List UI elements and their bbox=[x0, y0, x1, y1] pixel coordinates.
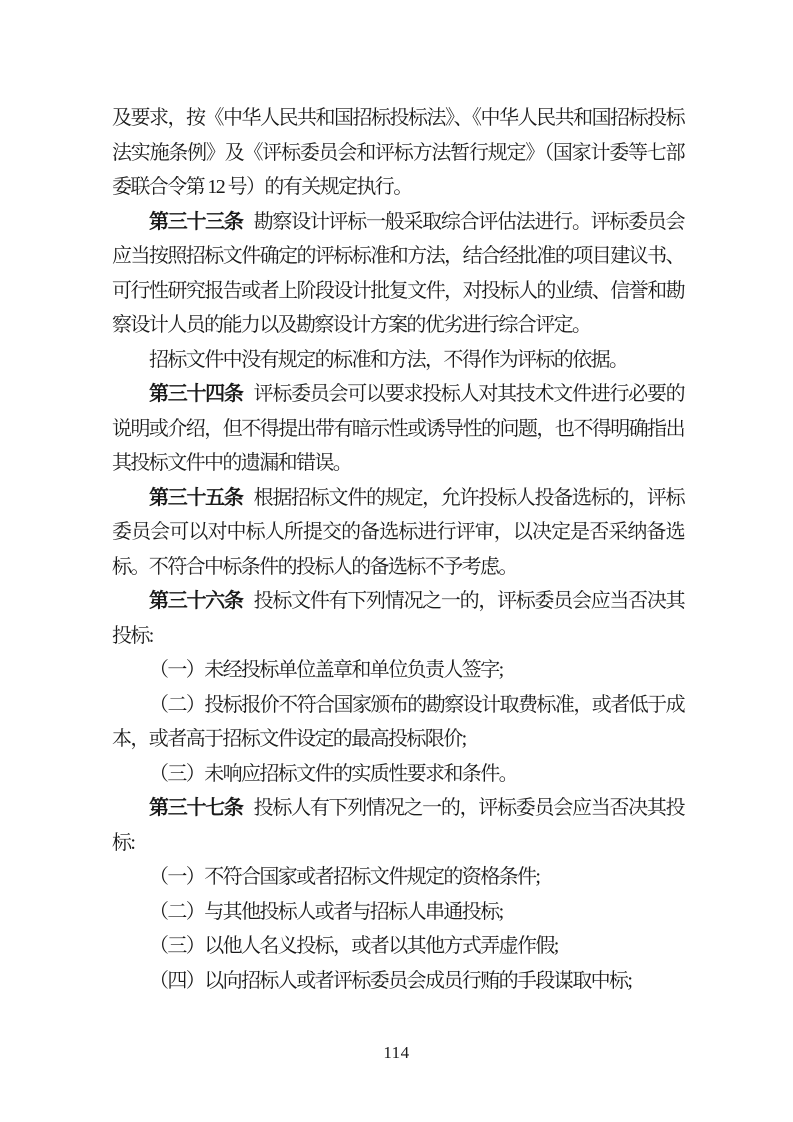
document-body: 及要求，按《中华人民共和国招标投标法》、《中华人民共和国招标投标法实施条例》及《… bbox=[112, 101, 684, 998]
article-heading: 第三十六条 bbox=[149, 590, 243, 612]
paragraph: 第三十四条评标委员会可以要求投标人对其技术文件进行必要的说明或介绍，但不得提出带… bbox=[112, 377, 684, 481]
paragraph: 第三十五条根据招标文件的规定，允许投标人投备选标的，评标委员会可以对中标人所提交… bbox=[112, 481, 684, 585]
paragraph: （三）未响应招标文件的实质性要求和条件。 bbox=[112, 757, 684, 792]
article-heading: 第三十三条 bbox=[149, 211, 243, 233]
article-heading: 第三十五条 bbox=[149, 487, 243, 509]
paragraph: 第三十三条勘察设计评标一般采取综合评估法进行。评标委员会应当按照招标文件确定的评… bbox=[112, 205, 684, 343]
paragraph: （一）未经投标单位盖章和单位负责人签字; bbox=[112, 653, 684, 688]
document-page: 及要求，按《中华人民共和国招标投标法》、《中华人民共和国招标投标法实施条例》及《… bbox=[0, 0, 793, 1122]
paragraph: （三）以他人名义投标，或者以其他方式弄虚作假; bbox=[112, 929, 684, 964]
paragraph: （二）与其他投标人或者与招标人串通投标; bbox=[112, 895, 684, 930]
page-number: 114 bbox=[0, 1043, 793, 1063]
paragraph: 第三十七条投标人有下列情况之一的，评标委员会应当否决其投标: bbox=[112, 791, 684, 860]
article-heading: 第三十七条 bbox=[149, 797, 243, 819]
paragraph: 第三十六条投标文件有下列情况之一的，评标委员会应当否决其投标: bbox=[112, 584, 684, 653]
paragraph: 招标文件中没有规定的标准和方法，不得作为评标的依据。 bbox=[112, 343, 684, 378]
article-heading: 第三十四条 bbox=[149, 383, 243, 405]
paragraph: （四）以向招标人或者评标委员会成员行贿的手段谋取中标; bbox=[112, 964, 684, 999]
paragraph: 及要求，按《中华人民共和国招标投标法》、《中华人民共和国招标投标法实施条例》及《… bbox=[112, 101, 684, 205]
paragraph: （一）不符合国家或者招标文件规定的资格条件; bbox=[112, 860, 684, 895]
paragraph: （二）投标报价不符合国家颁布的勘察设计取费标准，或者低于成本，或者高于招标文件设… bbox=[112, 688, 684, 757]
